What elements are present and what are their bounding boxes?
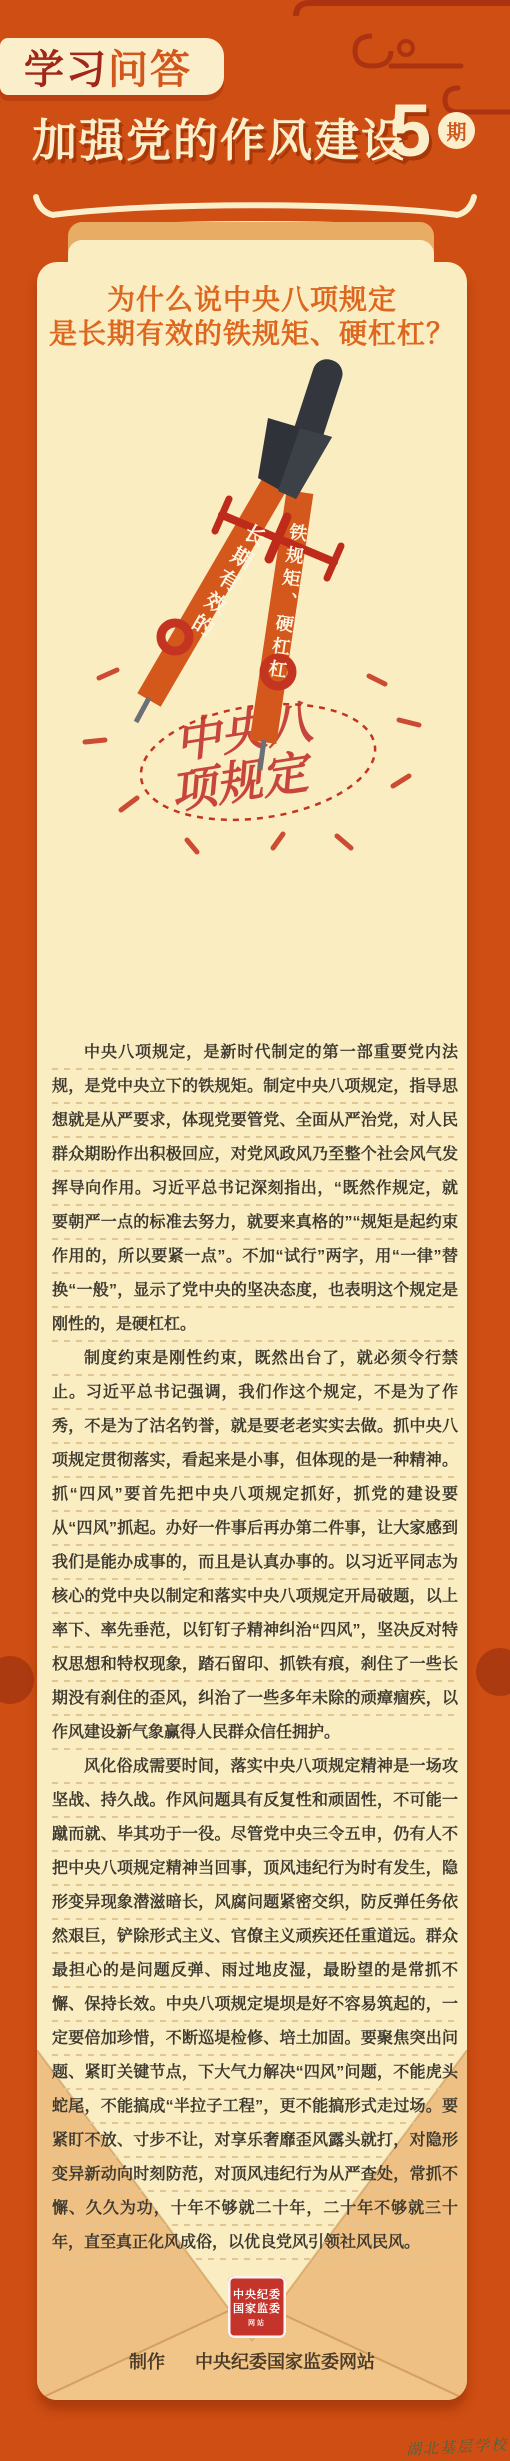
body-paragraph-2: 制度约束是刚性约束，既然出台了，就必须令行禁止。习近平总书记强调，我们作这个规定… [52, 1342, 458, 1750]
badge-text-study: 学习 [24, 38, 108, 95]
page-title: 加强党的作风建设 [32, 104, 408, 169]
credits-row: 制作 中央纪委国家监委网站 [37, 2348, 467, 2374]
credit-label: 制作 [129, 2348, 165, 2374]
body-paragraph-1: 中央八项规定，是新时代制定的第一部重要党内法规，是党中央立下的铁规矩。制定中央八… [52, 1036, 458, 1342]
body-text: 中央八项规定，是新时代制定的第一部重要党内法规，是党中央立下的铁规矩。制定中央八… [52, 1036, 458, 2260]
watermark-signature: 湖北基层学校 [406, 2433, 509, 2459]
badge-text-qa: 问答 [108, 38, 192, 95]
content-card: 为什么说中央八项规定 是长期有效的铁规矩、硬杠杠？ 中央八 项规定 [37, 262, 467, 2400]
poster-root: 学习 问答 加强党的作风建设 5 期 为什么说中央八项规定 是长期有效的铁规矩、… [0, 0, 510, 2461]
compass-handle-icon [258, 356, 346, 499]
issue-number: 5 [390, 88, 431, 173]
needle-right-icon [260, 740, 264, 770]
seal-line1: 中央纪委 [233, 2288, 281, 2302]
seal-line3: 网站 [248, 2318, 266, 2328]
emphasis-marks-icon [85, 670, 419, 852]
compass-illustration [37, 340, 467, 880]
org-seal: 中央纪委 国家监委 网站 [228, 2276, 286, 2338]
issue-unit-badge: 期 [438, 112, 475, 149]
side-dot-right [476, 1648, 510, 1696]
study-qa-badge: 学习 问答 [0, 38, 224, 95]
seal-line2: 国家监委 [233, 2302, 281, 2316]
body-paragraph-3: 风化俗成需要时间，落实中央八项规定精神是一场攻坚战、持久战。作风问题具有反复性和… [52, 1750, 458, 2260]
credit-value: 中央纪委国家监委网站 [195, 2348, 375, 2374]
needle-left-icon [136, 698, 149, 722]
side-dot-left [0, 1656, 34, 1704]
